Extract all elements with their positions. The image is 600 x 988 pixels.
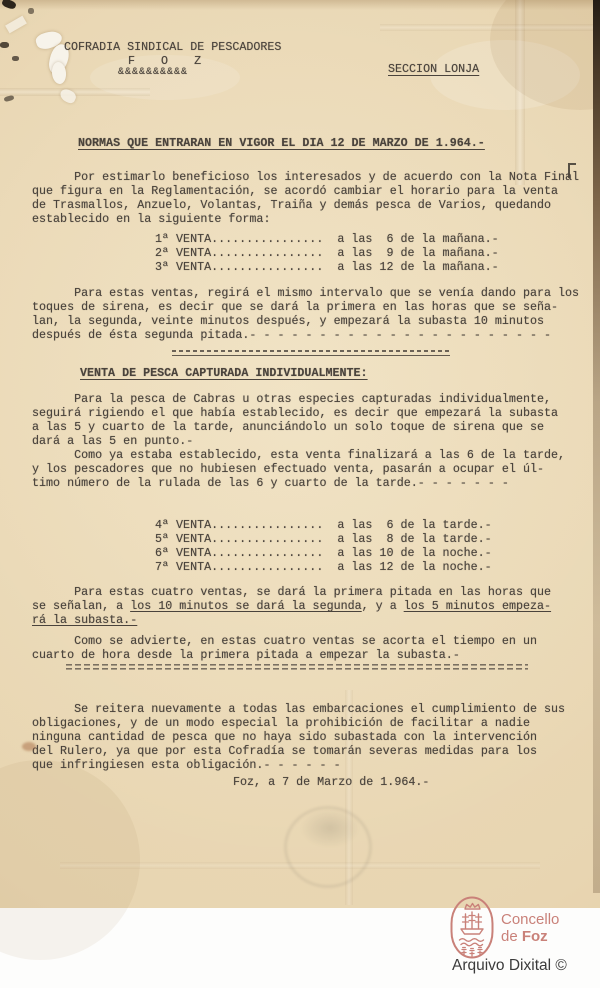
archive-label: Arquivo Dixital ©	[452, 957, 567, 975]
evening-sale-row-2: 5ª VENTA................ a las 8 de la t…	[155, 532, 492, 546]
paragraph-1: Por estimarlo beneficioso los interesado…	[32, 170, 579, 226]
logo-word-concello: Concello	[501, 911, 559, 928]
ink-speck	[28, 8, 34, 14]
document-title: NORMAS QUE ENTRARAN EN VIGOR EL DIA 12 D…	[78, 136, 485, 150]
concello-de-foz-logo: Concello de Foz	[450, 896, 559, 959]
foz-crest-icon	[450, 896, 494, 959]
logo-word-de-foz: de Foz	[501, 928, 559, 945]
paragraph-2: Para estas ventas, regirá el mismo inter…	[32, 286, 579, 342]
org-place: F O Z	[128, 54, 205, 68]
evening-sale-row-1: 4ª VENTA................ a las 6 de la t…	[155, 518, 492, 532]
evening-sale-row-3: 6ª VENTA................ a las 10 de la …	[155, 546, 492, 560]
paragraph-7: Se reitera nuevamente a todas las embarc…	[32, 702, 565, 772]
typewriter-ornament: &&&&&&&&&&	[118, 67, 188, 78]
paragraph-3: Para la pesca de Cabras u otras especies…	[32, 392, 558, 448]
morning-sale-row-2: 2ª VENTA................ a las 9 de la m…	[155, 246, 499, 260]
section-label: SECCION LONJA	[388, 62, 479, 76]
org-name: COFRADIA SINDICAL DE PESCADORES	[64, 40, 281, 54]
logo-wordmark: Concello de Foz	[501, 911, 559, 945]
paper-shade	[490, 0, 600, 110]
paragraph-5: Para estas cuatro ventas, se dará la pri…	[32, 585, 551, 627]
morning-sale-row-1: 1ª VENTA................ a las 6 de la m…	[155, 232, 499, 246]
dateline: Foz, a 7 de Marzo de 1.964.-	[233, 775, 429, 789]
scan-right-edge-shadow	[593, 0, 600, 893]
paper-shade	[0, 760, 140, 960]
section-heading: VENTA DE PESCA CAPTURADA INDIVIDUALMENTE…	[80, 366, 368, 380]
paragraph-6: Como se advierte, en estas cuatro ventas…	[32, 634, 537, 662]
ink-speck	[0, 42, 9, 48]
rust-blotch	[22, 742, 36, 751]
evening-sale-row-4: 7ª VENTA................ a las 12 de la …	[155, 560, 492, 574]
paragraph-4: Como ya estaba establecido, esta venta f…	[32, 448, 565, 490]
section-divider	[172, 350, 450, 356]
ink-speck	[12, 56, 19, 61]
double-rule-divider	[66, 664, 528, 670]
paper-top-edge	[0, 0, 600, 10]
paragraph-5-text: , y a	[362, 599, 404, 613]
paragraph-5-underlined-1: los 10 minutos se dará la segunda	[130, 599, 361, 613]
paper-crease	[380, 24, 600, 31]
morning-sale-row-3: 3ª VENTA................ a las 12 de la …	[155, 260, 499, 274]
stamp-smudge	[300, 808, 360, 848]
